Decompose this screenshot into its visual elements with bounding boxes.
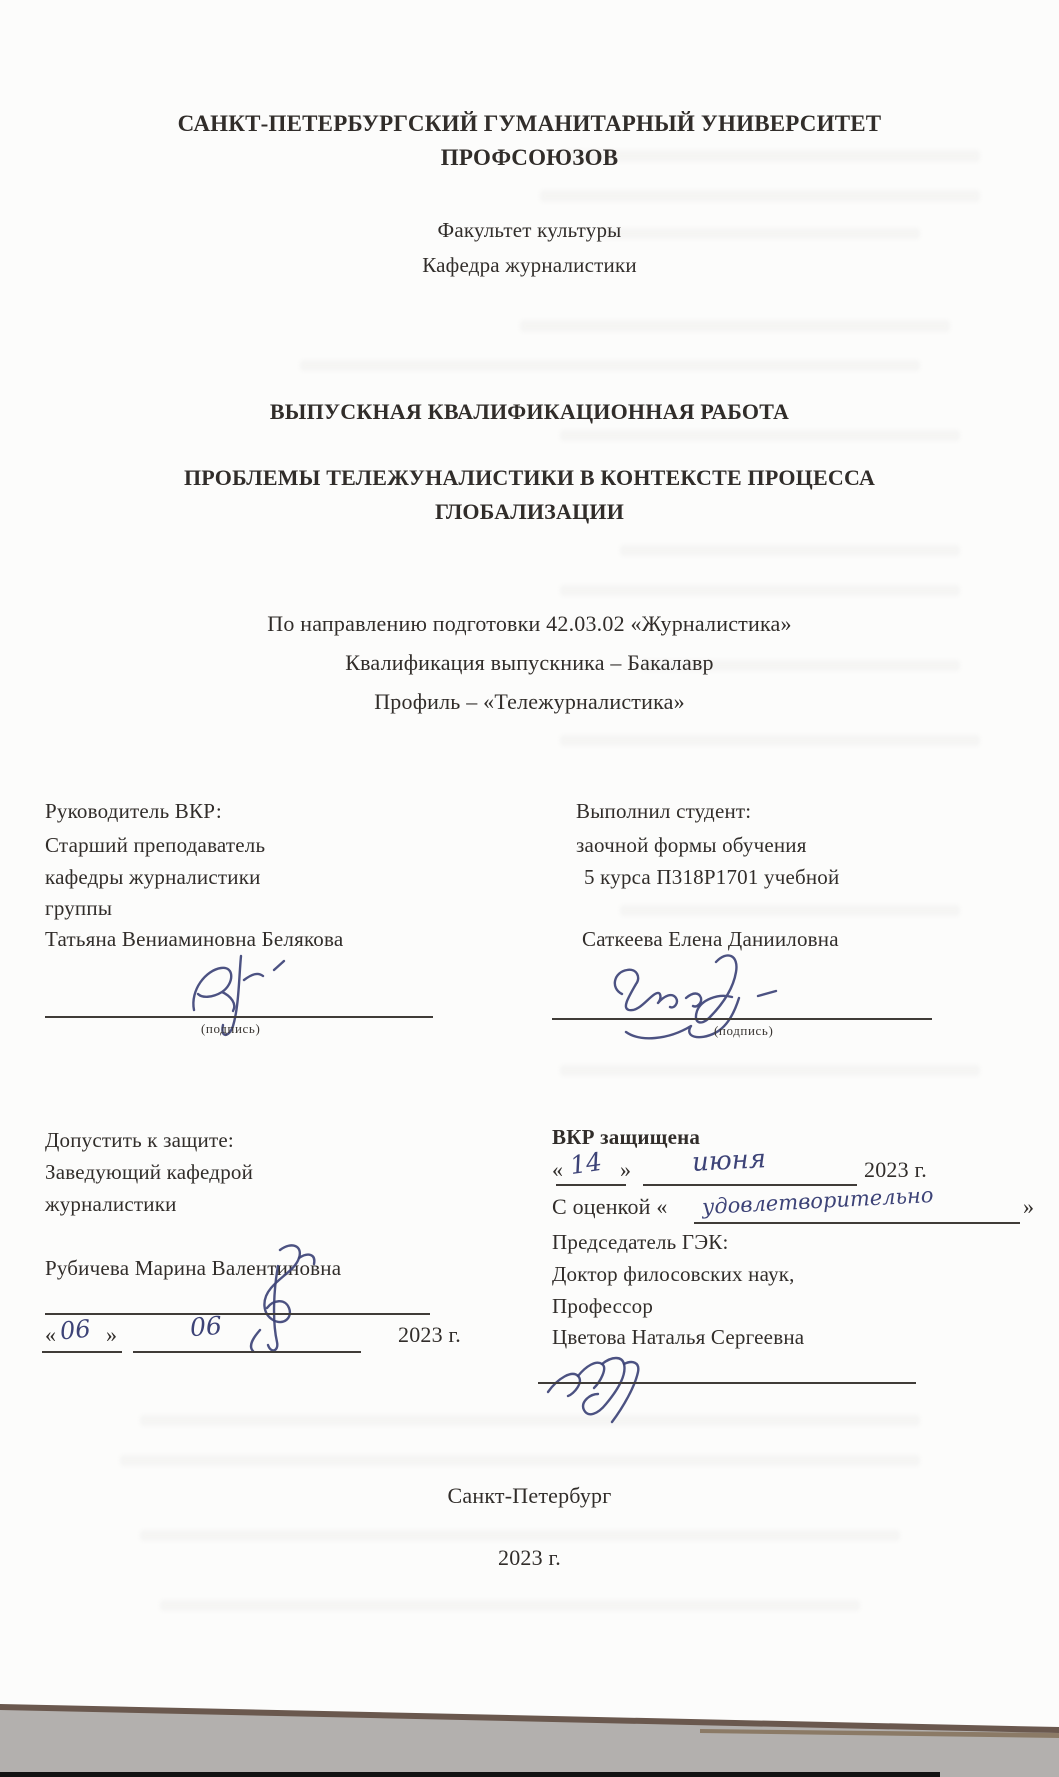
admission-position-line2: журналистики [45, 1192, 177, 1217]
student-signature-line [552, 1018, 932, 1020]
thesis-title-line1: ПРОБЛЕМЫ ТЕЛЕЖУНАЛИСТИКИ В КОНТЕКСТЕ ПРО… [0, 465, 1059, 491]
admission-date-day-handwritten: 06 [59, 1314, 92, 1345]
footer-city: Санкт-Петербург [0, 1483, 1059, 1509]
supervisor-signature-caption: (подпись) [201, 1021, 260, 1037]
defense-grade-suffix: » [1023, 1194, 1034, 1220]
student-info-line2: 5 курса П318Р1701 учебной [584, 865, 839, 890]
student-info-line1: заочной формы обучения [576, 833, 807, 858]
direction-line: По направлению подготовки 42.03.02 «Журн… [0, 611, 1059, 637]
chairman-signature [540, 1350, 675, 1428]
chairman-degree: Доктор филосовских наук, [552, 1262, 795, 1287]
scan-bottom-edge [0, 1700, 1059, 1777]
admission-date-month-handwritten: 06 [189, 1311, 223, 1342]
chairman-signature-line [538, 1382, 916, 1384]
defense-date-month-underline [643, 1184, 857, 1186]
defense-date-day-handwritten: 14 [568, 1147, 604, 1180]
work-type-heading: ВЫПУСКНАЯ КВАЛИФИКАЦИОННАЯ РАБОТА [0, 399, 1059, 425]
defense-grade-prefix: С оценкой « [552, 1194, 668, 1220]
university-name-line2: ПРОФСОЮЗОВ [0, 144, 1059, 172]
defense-date-month-handwritten: июня [691, 1144, 766, 1178]
defense-label: ВКР защищена [552, 1125, 700, 1150]
defense-date-quote-close: » [620, 1157, 631, 1183]
defense-date-year: 2023 г. [864, 1157, 927, 1183]
profile-line: Профиль – «Тележурналистика» [0, 689, 1059, 715]
admission-position-line1: Заведующий кафедрой [45, 1160, 253, 1185]
department-line: Кафедра журналистики [0, 253, 1059, 278]
admission-date-year: 2023 г. [398, 1322, 461, 1348]
document-page: САНКТ-ПЕТЕРБУРГСКИЙ ГУМАНИТАРНЫЙ УНИВЕРС… [0, 0, 1059, 1777]
admission-signature [222, 1236, 342, 1358]
chairman-label: Председатель ГЭК: [552, 1230, 729, 1255]
supervisor-signature-line [45, 1016, 433, 1018]
footer-year: 2023 г. [0, 1545, 1059, 1571]
supervisor-position-line1: Старший преподаватель [45, 833, 265, 858]
admission-label: Допустить к защите: [45, 1128, 234, 1153]
admission-signature-line [45, 1313, 430, 1315]
defense-grade-underline [694, 1222, 1020, 1224]
university-name-line1: САНКТ-ПЕТЕРБУРГСКИЙ ГУМАНИТАРНЫЙ УНИВЕРС… [0, 110, 1059, 138]
chairman-name: Цветова Наталья Сергеевна [552, 1325, 804, 1350]
admission-date-day-underline [42, 1351, 122, 1353]
student-label: Выполнил студент: [576, 799, 751, 824]
faculty-line: Факультет культуры [0, 218, 1059, 243]
admission-date-quote-open: « [45, 1322, 56, 1348]
qualification-line: Квалификация выпускника – Бакалавр [0, 650, 1059, 676]
supervisor-label: Руководитель ВКР: [45, 799, 222, 824]
defense-grade-handwritten: удовлетворительно [702, 1183, 934, 1219]
defense-date-day-underline [556, 1184, 626, 1186]
admission-date-quote-close: » [106, 1322, 117, 1348]
defense-date-quote-open: « [552, 1157, 563, 1183]
supervisor-position-line3: группы [45, 896, 112, 921]
supervisor-name: Татьяна Вениаминовна Белякова [45, 927, 343, 952]
supervisor-position-line2: кафедры журналистики [45, 865, 261, 890]
admission-date-month-underline [133, 1351, 361, 1353]
thesis-title-line2: ГЛОБАЛИЗАЦИИ [0, 499, 1059, 525]
student-signature-caption: (подпись) [714, 1023, 773, 1039]
chairman-rank: Профессор [552, 1294, 653, 1319]
